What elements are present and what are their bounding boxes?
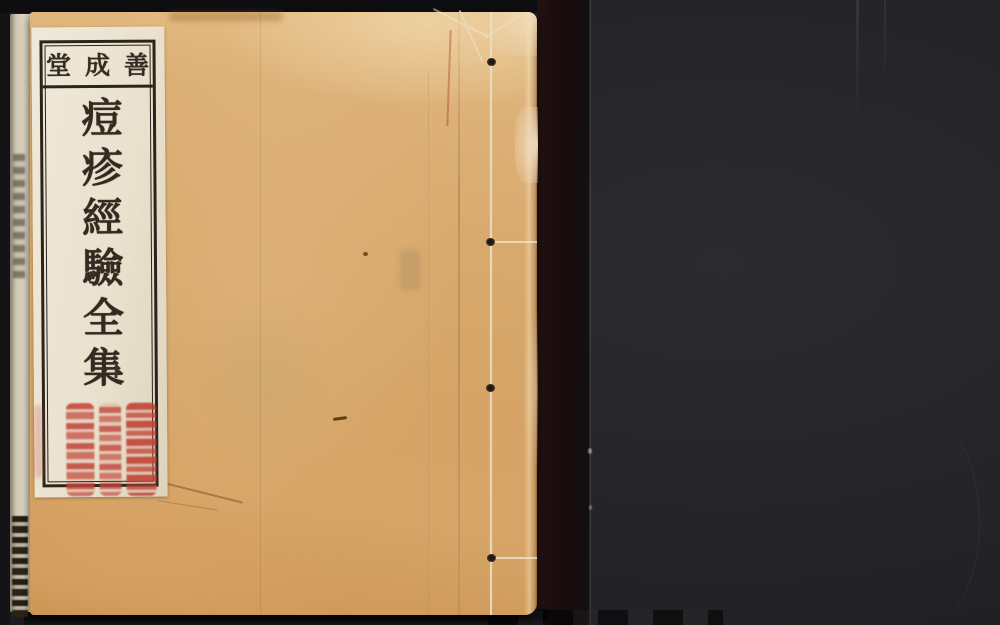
cover-top-stain [170, 12, 282, 21]
binding-thread-vertical [490, 12, 492, 615]
cover-fleck [363, 252, 368, 256]
binding-thread-horizontal [492, 241, 537, 243]
backdrop-left-column [0, 0, 10, 625]
red-seal-stamp [66, 403, 160, 497]
stitch-hole-4 [487, 554, 496, 562]
red-seal-column [126, 403, 157, 496]
backdrop-edge-highlight [589, 0, 591, 625]
stitch-hole-3 [486, 384, 495, 392]
stitch-hole-2 [486, 238, 495, 246]
cover-crease [458, 12, 460, 615]
cover-scratch [158, 500, 217, 510]
title-label: 堂成善 痘疹經驗全集 [31, 27, 167, 498]
binding-thread-horizontal [493, 557, 537, 559]
cover-smudge [400, 250, 420, 290]
red-seal-bleed [34, 405, 44, 477]
worn-patch-right-edge [523, 312, 538, 467]
book-title-text: 痘疹經驗全集 [77, 96, 120, 396]
cover-crease [260, 12, 261, 615]
backdrop-speck [588, 448, 592, 454]
binding-thread-over-top-edge [459, 10, 484, 62]
photo-stage: 堂成善 痘疹經驗全集 [0, 0, 1000, 625]
publisher-mark-row: 堂成善 [42, 43, 152, 89]
stitch-hole-1 [487, 58, 496, 66]
backdrop-streak [856, 0, 859, 125]
backdrop-scratch-arc [865, 415, 980, 625]
book-cover: 堂成善 痘疹經驗全集 [30, 12, 537, 615]
red-seal-column [99, 403, 122, 496]
cover-stain [200, 292, 325, 457]
cover-crease [428, 72, 429, 612]
publisher-mark-text: 堂成善 [46, 46, 163, 83]
cover-red-hairline [446, 30, 451, 126]
book-edge-shadow-strip [537, 0, 590, 625]
red-seal-column [66, 403, 95, 496]
adjacent-volume-ink-fragments-lower [12, 516, 28, 618]
backdrop-speck [589, 505, 592, 510]
backdrop-streak [884, 0, 886, 90]
cover-fleck [333, 416, 347, 421]
adjacent-volume-ink-fragments-upper [13, 154, 25, 279]
label-frame: 堂成善 痘疹經驗全集 [39, 40, 158, 488]
worn-patch-right-edge [515, 107, 538, 183]
